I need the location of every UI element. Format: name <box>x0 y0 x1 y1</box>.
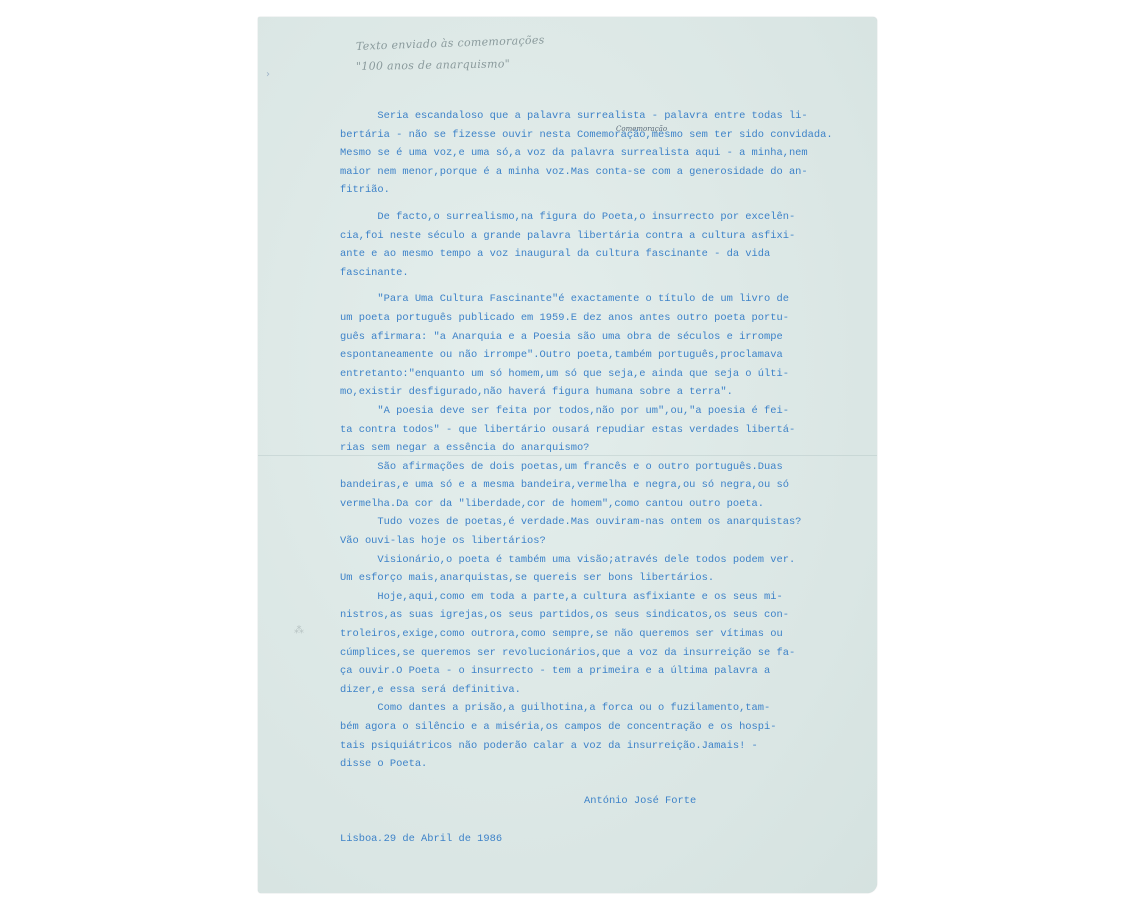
text-line: nistros,as suas igrejas,os seus partidos… <box>340 606 820 625</box>
text-line: ça ouvir.O Poeta - o insurrecto - tem a … <box>340 662 820 681</box>
paragraph: Como dantes a prisão,a guilhotina,a forc… <box>340 699 820 773</box>
text-line: disse o Poeta. <box>340 755 820 774</box>
text-line: "Para Uma Cultura Fascinante"é exactamen… <box>340 290 820 309</box>
text-line: Mesmo se é uma voz,e uma só,a voz da pal… <box>340 144 820 163</box>
text-line: "A poesia deve ser feita por todos,não p… <box>340 402 820 421</box>
paper-blemish: ⁂ <box>294 625 304 636</box>
text-line: tais psiquiátricos não poderão calar a v… <box>340 737 820 756</box>
paper-blemish: › <box>266 69 270 80</box>
text-line: cia,foi neste século a grande palavra li… <box>340 227 820 246</box>
text-line: bandeiras,e uma só e a mesma bandeira,ve… <box>340 476 820 495</box>
text-line: ante e ao mesmo tempo a voz inaugural da… <box>340 245 820 264</box>
text-line: ta contra todos" - que libertário ousará… <box>340 421 820 440</box>
text-line: entretanto:"enquanto um só homem,um só q… <box>340 365 820 384</box>
handwritten-note-line-1: Texto enviado às comemorações <box>356 30 545 57</box>
text-line: cúmplices,se queremos ser revolucionário… <box>340 644 820 663</box>
paragraph: "A poesia deve ser feita por todos,não p… <box>340 402 820 458</box>
text-line: mo,existir desfigurado,não haverá figura… <box>340 383 820 402</box>
text-line: fascinante. <box>340 264 820 283</box>
text-line: Um esforço mais,anarquistas,se quereis s… <box>340 569 820 588</box>
text-line: fitrião. <box>340 181 820 200</box>
text-line: dizer,e essa será definitiva. <box>340 681 820 700</box>
text-line: bertária - não se fizesse ouvir nesta Co… <box>340 126 820 145</box>
paragraph: Seria escandaloso que a palavra surreali… <box>340 107 820 200</box>
text-line: Hoje,aqui,como em toda a parte,a cultura… <box>340 588 820 607</box>
text-line: Vão ouvi-las hoje os libertários? <box>340 532 820 551</box>
text-line: espontaneamente ou não irrompe".Outro po… <box>340 346 820 365</box>
text-line: troleiros,exige,como outrora,como sempre… <box>340 625 820 644</box>
paragraph: "Para Uma Cultura Fascinante"é exactamen… <box>340 290 820 402</box>
typed-body-text: Seria escandaloso que a palavra surreali… <box>340 107 820 774</box>
text-line: guês afirmara: "a Anarquia e a Poesia sã… <box>340 328 820 347</box>
handwritten-note-line-2: "100 anos de anarquismo" <box>356 54 545 77</box>
typed-letter-page: Texto enviado às comemorações "100 anos … <box>258 17 877 893</box>
text-line: Tudo vozes de poetas,é verdade.Mas ouvir… <box>340 513 820 532</box>
text-line: De facto,o surrealismo,na figura do Poet… <box>340 208 820 227</box>
paragraph: Hoje,aqui,como em toda a parte,a cultura… <box>340 588 820 700</box>
text-line: maior nem menor,porque é a minha voz.Mas… <box>340 163 820 182</box>
handwritten-note: Texto enviado às comemorações "100 anos … <box>356 37 545 77</box>
text-line: Como dantes a prisão,a guilhotina,a forc… <box>340 699 820 718</box>
paragraph: Tudo vozes de poetas,é verdade.Mas ouvir… <box>340 513 820 550</box>
author-signature: António José Forte <box>584 795 696 807</box>
text-line: rias sem negar a essência do anarquismo? <box>340 439 820 458</box>
text-line: vermelha.Da cor da "liberdade,cor de hom… <box>340 495 820 514</box>
text-line: Visionário,o poeta é também uma visão;at… <box>340 551 820 570</box>
place-date-line: Lisboa,29 de Abril de 1986 <box>340 833 502 841</box>
text-line: bém agora o silêncio e a miséria,os camp… <box>340 718 820 737</box>
text-line: São afirmações de dois poetas,um francês… <box>340 458 820 477</box>
text-line: Seria escandaloso que a palavra surreali… <box>340 107 820 126</box>
text-line: um poeta português publicado em 1959.E d… <box>340 309 820 328</box>
paragraph: De facto,o surrealismo,na figura do Poet… <box>340 208 820 282</box>
paragraph: São afirmações de dois poetas,um francês… <box>340 458 820 514</box>
paragraph: Visionário,o poeta é também uma visão;at… <box>340 551 820 588</box>
